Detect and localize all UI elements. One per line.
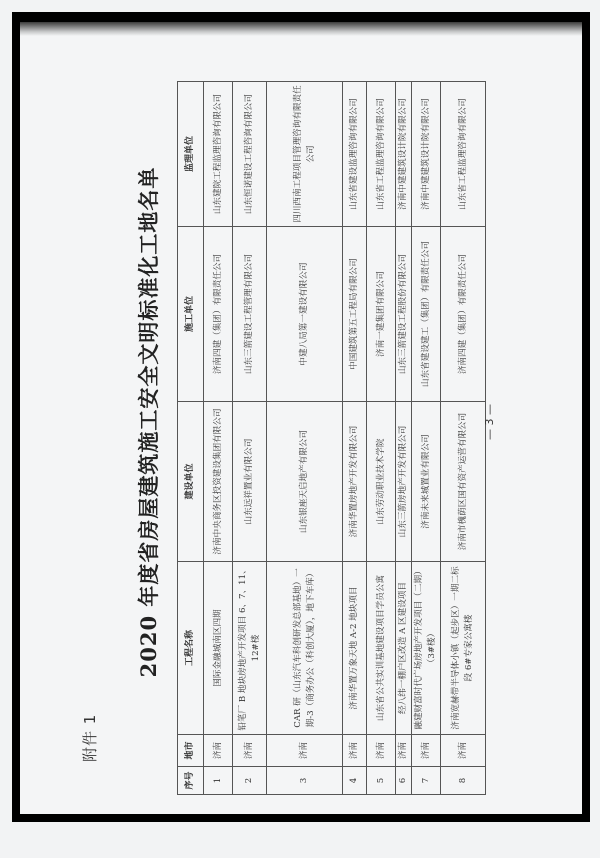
row-developer: 山东三箭房地产开发有限公司 <box>396 402 412 562</box>
row-developer: 山东远祥置业有限公司 <box>233 402 267 562</box>
table-row: 6济南经八纬一棚户区改造 A 区建设项目山东三箭房地产开发有限公司山东三箭建设工… <box>396 82 412 795</box>
row-contractor: 济南四建（集团）有限责任公司 <box>441 227 486 402</box>
row-no: 5 <box>367 767 396 795</box>
row-no: 6 <box>396 767 412 795</box>
header-city: 地市 <box>178 735 204 767</box>
header-developer: 建设单位 <box>178 402 204 562</box>
row-project: 国际金融城南区四期 <box>204 562 233 735</box>
row-developer: 济南华置房地产开发有限公司 <box>343 402 367 562</box>
table-row: 5济南山东省公共实训基地建设项目学员公寓山东劳动职业技术学院济南一建集团有限公司… <box>367 82 396 795</box>
row-no: 4 <box>343 767 367 795</box>
row-contractor: 山东省建设建工（集团）有限责任公司 <box>412 227 441 402</box>
row-project: CAR 研（山东汽车科创研发总部基地）一期-3（商务办公（科创大厦），地下车库） <box>267 562 343 735</box>
row-contractor: 济南一建集团有限公司 <box>367 227 396 402</box>
table-row: 7济南融建财富时代广场房地产开发项目（二期）（3#楼）济南未来城置业有限公司山东… <box>412 82 441 795</box>
row-supervisor: 山东省工程监理咨询有限公司 <box>367 82 396 227</box>
table-row: 2济南铅笔厂 B 地块房地产开发项目 6、7、11、12#楼山东远祥置业有限公司… <box>233 82 267 795</box>
row-no: 1 <box>204 767 233 795</box>
attachment-label: 附件 1 <box>79 714 100 762</box>
scan-edge-shadow <box>20 22 582 36</box>
table-header-row: 序号 地市 工程名称 建设单位 施工单位 监理单位 <box>178 82 204 795</box>
table-row: 3济南CAR 研（山东汽车科创研发总部基地）一期-3（商务办公（科创大厦），地下… <box>267 82 343 795</box>
row-city: 济南 <box>367 735 396 767</box>
row-project: 山东省公共实训基地建设项目学员公寓 <box>367 562 396 735</box>
table-row: 1济南国际金融城南区四期济南中央商务区投资建设集团有限公司济南四建（集团）有限责… <box>204 82 233 795</box>
row-contractor: 中建八局第一建设有限公司 <box>267 227 343 402</box>
row-developer: 济南市槐荫区国有资产运营有限公司 <box>441 402 486 562</box>
header-contractor: 施工单位 <box>178 227 204 402</box>
row-project: 铅笔厂 B 地块房地产开发项目 6、7、11、12#楼 <box>233 562 267 735</box>
header-supervisor: 监理单位 <box>178 82 204 227</box>
row-city: 济南 <box>441 735 486 767</box>
rotated-sheet: 附件 1 2020 年度省房屋建筑施工安全文明标准化工地名单 序号 地市 工程名… <box>21 42 561 802</box>
header-no: 序号 <box>178 767 204 795</box>
row-developer: 济南中央商务区投资建设集团有限公司 <box>204 402 233 562</box>
row-contractor: 山东三箭建设工程股份有限公司 <box>396 227 412 402</box>
row-project: 融建财富时代广场房地产开发项目（二期）（3#楼） <box>412 562 441 735</box>
row-supervisor: 山东省工程监理咨询有限公司 <box>441 82 486 227</box>
row-supervisor: 山东建院工程监理咨询有限公司 <box>204 82 233 227</box>
worksite-table: 序号 地市 工程名称 建设单位 施工单位 监理单位 1济南国际金融城南区四期济南… <box>177 81 486 795</box>
row-city: 济南 <box>396 735 412 767</box>
table-row: 8济南济南宽赫带半导体小镇（起步区）一期二标段 6#专家公寓楼济南市槐荫区国有资… <box>441 82 486 795</box>
row-no: 3 <box>267 767 343 795</box>
row-contractor: 中国建筑第五工程局有限公司 <box>343 227 367 402</box>
document-title: 2020 年度省房屋建筑施工安全文明标准化工地名单 <box>133 42 163 802</box>
row-no: 2 <box>233 767 267 795</box>
row-city: 济南 <box>267 735 343 767</box>
row-developer: 济南未来城置业有限公司 <box>412 402 441 562</box>
row-supervisor: 四川西南工程项目管理咨询有限责任公司 <box>267 82 343 227</box>
row-project: 经八纬一棚户区改造 A 区建设项目 <box>396 562 412 735</box>
row-supervisor: 山东恒诺建设工程咨询有限公司 <box>233 82 267 227</box>
header-project: 工程名称 <box>178 562 204 735</box>
row-city: 济南 <box>233 735 267 767</box>
row-supervisor: 济南中建建筑设计院有限公司 <box>412 82 441 227</box>
row-city: 济南 <box>204 735 233 767</box>
row-project: 济南宽赫带半导体小镇（起步区）一期二标段 6#专家公寓楼 <box>441 562 486 735</box>
row-contractor: 山东三箭建设工程管理有限公司 <box>233 227 267 402</box>
row-no: 8 <box>441 767 486 795</box>
row-contractor: 济南四建（集团）有限责任公司 <box>204 227 233 402</box>
row-city: 济南 <box>343 735 367 767</box>
row-developer: 山东劳动职业技术学院 <box>367 402 396 562</box>
row-city: 济南 <box>412 735 441 767</box>
row-supervisor: 济南中建建筑设计院有限公司 <box>396 82 412 227</box>
table-row: 4济南济南华置万象天地 A-2 地块项目济南华置房地产开发有限公司中国建筑第五工… <box>343 82 367 795</box>
row-developer: 山东银座天启地产有限公司 <box>267 402 343 562</box>
page-number: — 3 — <box>483 42 496 802</box>
row-no: 7 <box>412 767 441 795</box>
row-supervisor: 山东省建设监理咨询有限公司 <box>343 82 367 227</box>
row-project: 济南华置万象天地 A-2 地块项目 <box>343 562 367 735</box>
